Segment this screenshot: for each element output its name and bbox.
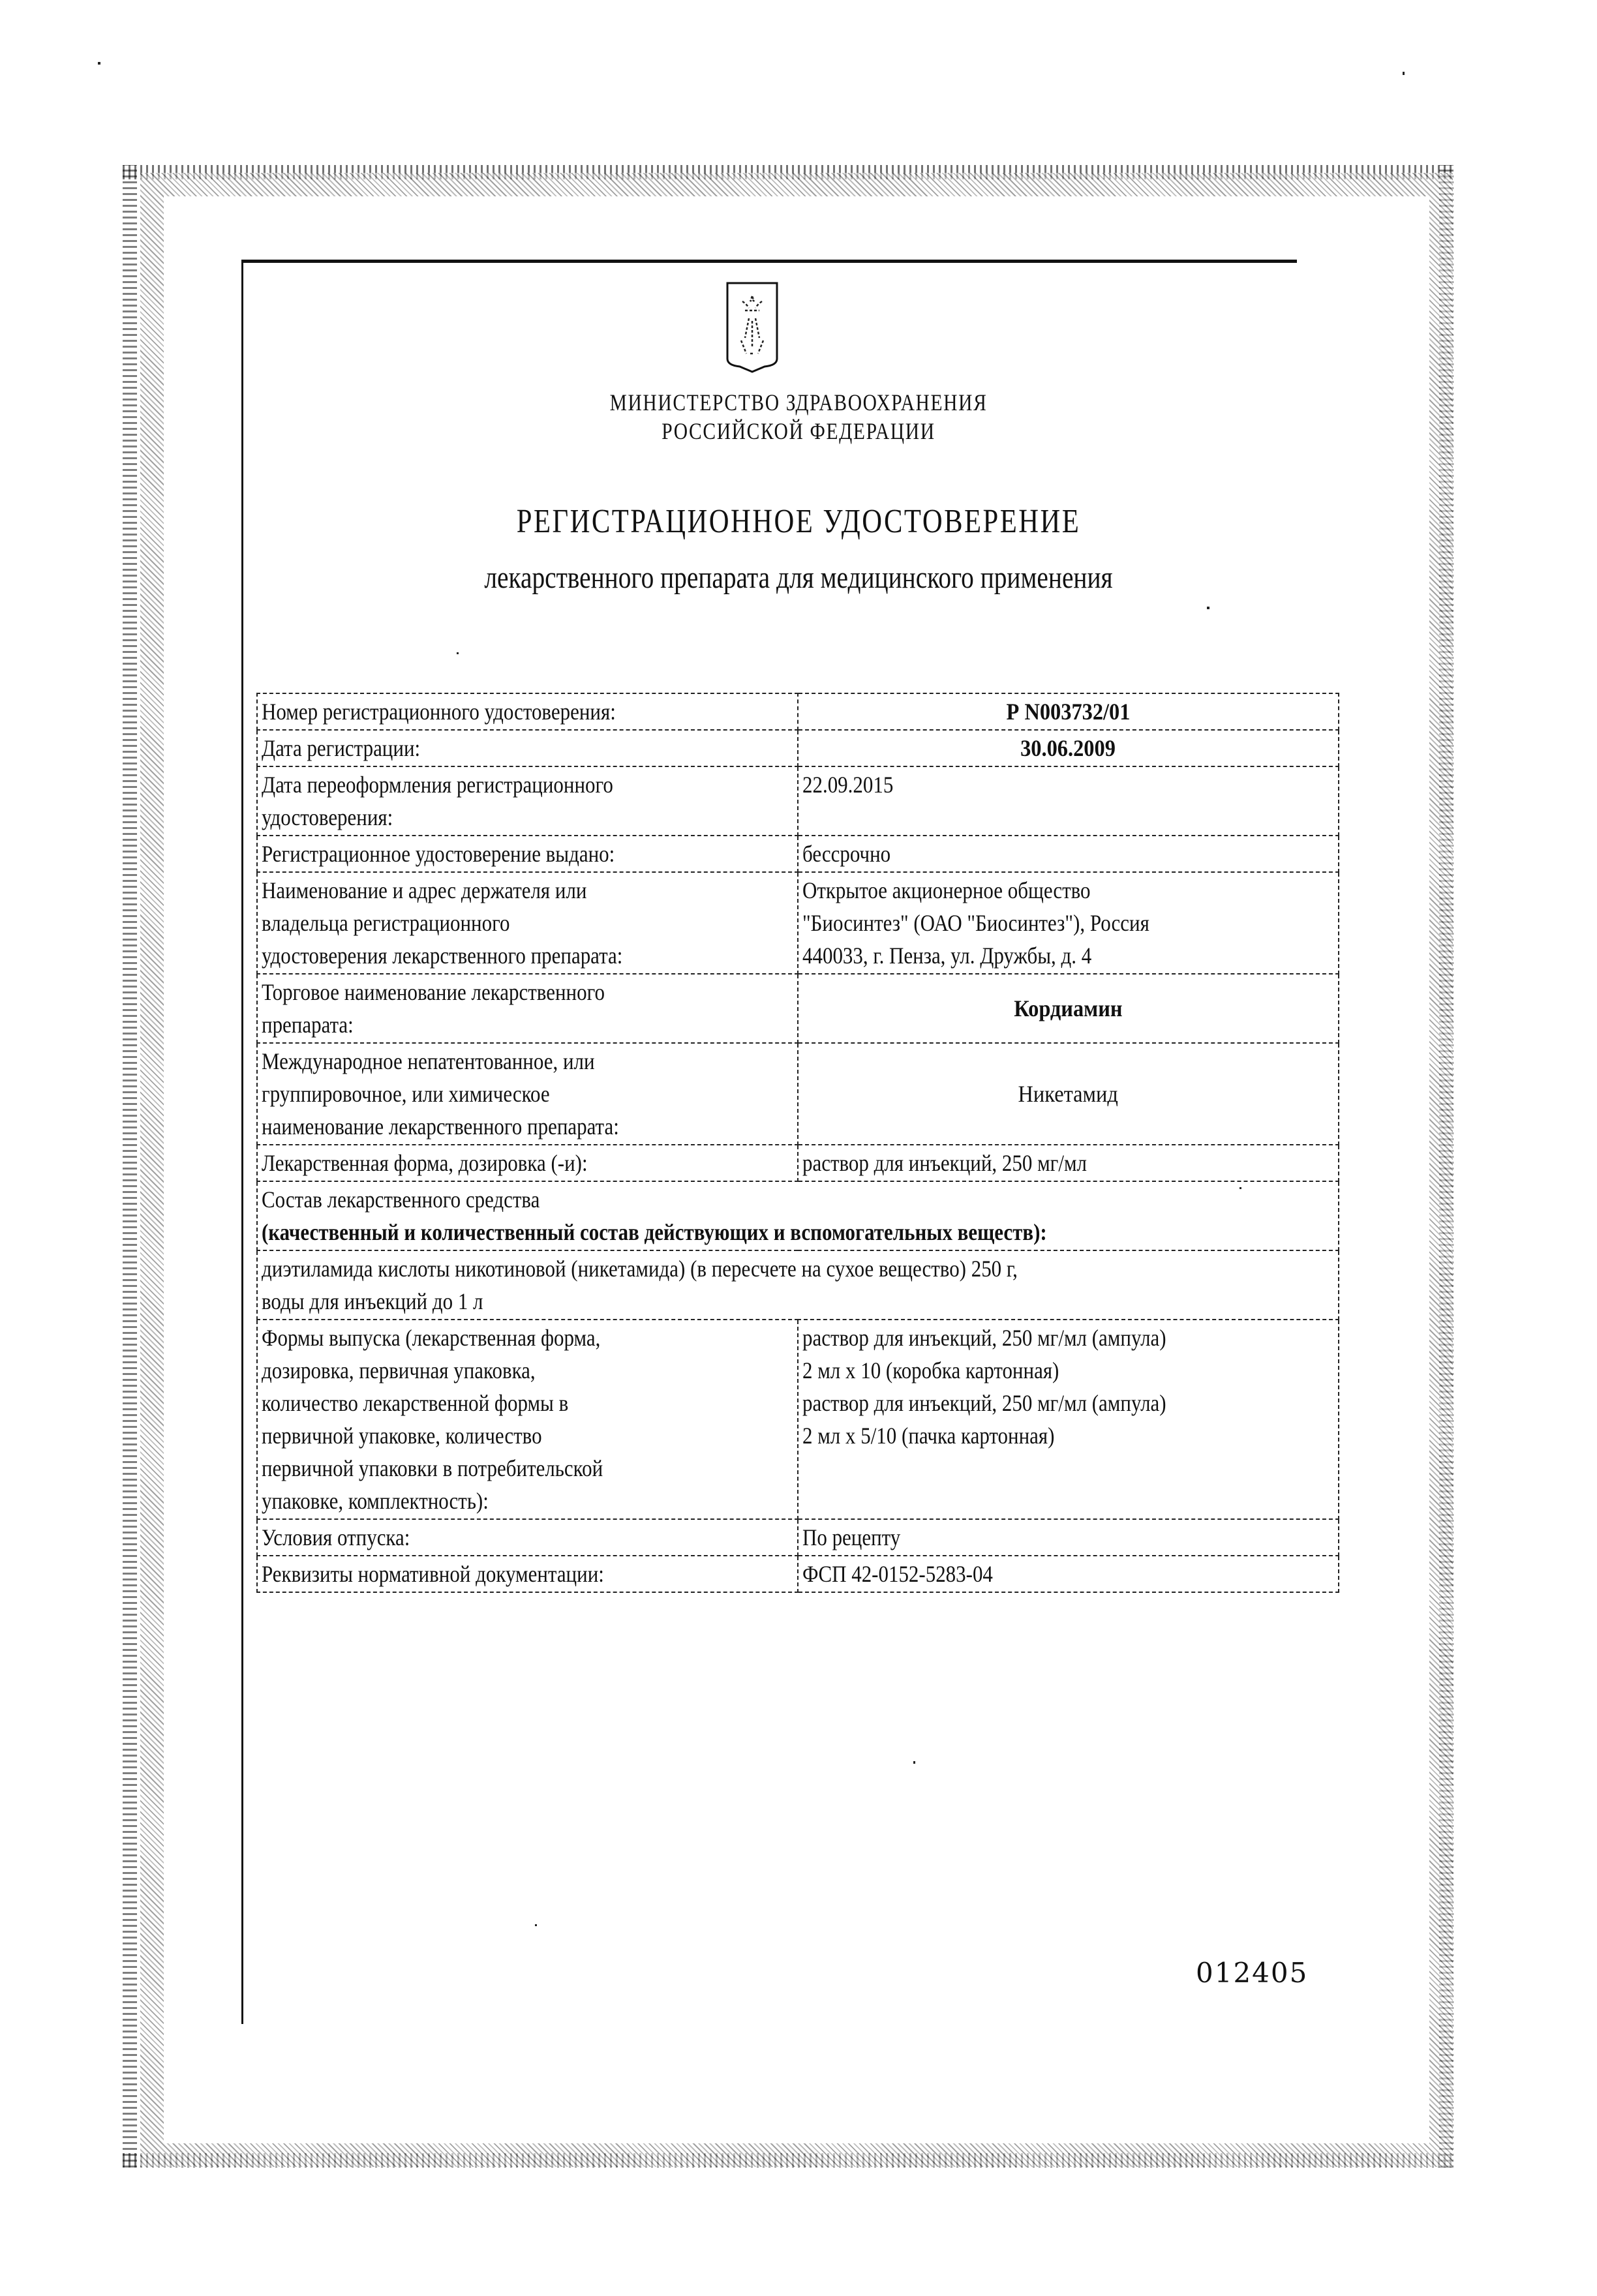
table-row-composition-value: диэтиламида кислоты никотиновой (никетам…	[257, 1250, 1339, 1320]
holder-value: Открытое акционерное общество "Биосинтез…	[798, 872, 1339, 974]
table-row-registration-date: Дата регистрации: 30.06.2009	[257, 730, 1339, 766]
release-forms-value: раствор для инъекций, 250 мг/мл (ампула)…	[798, 1320, 1339, 1519]
registration-table: Номер регистрационного удостоверения: Р …	[256, 693, 1339, 1593]
dispensing-conditions-value: По рецепту	[798, 1519, 1339, 1556]
registration-date-value: 30.06.2009	[798, 730, 1339, 766]
table-row-validity: Регистрационное удостоверение выдано: бе…	[257, 836, 1339, 872]
row-label: Торговое наименование лекарственного пре…	[257, 974, 798, 1043]
scan-speck	[1240, 1187, 1241, 1189]
table-row-dispensing-conditions: Условия отпуска: По рецепту	[257, 1519, 1339, 1556]
scan-speck	[98, 62, 100, 65]
table-row-holder: Наименование и адрес держателя или владе…	[257, 872, 1339, 974]
scan-speck	[535, 1924, 537, 1926]
ministry-line-1: МИНИСТЕРСТВО ЗДРАВООХРАНЕНИЯ	[144, 388, 1453, 417]
certificate-subtitle: лекарственного препарата для медицинског…	[144, 560, 1453, 596]
ministry-line-2: РОССИЙСКОЙ ФЕДЕРАЦИИ	[144, 417, 1453, 446]
row-label: Реквизиты нормативной документации:	[257, 1556, 798, 1592]
row-label: Условия отпуска:	[257, 1519, 798, 1556]
row-label: Формы выпуска (лекарственная форма, дози…	[257, 1320, 798, 1519]
composition-value: диэтиламида кислоты никотиновой (никетам…	[257, 1250, 1339, 1320]
normative-docs-value: ФСП 42-0152-5283-04	[798, 1556, 1339, 1592]
row-label: Дата регистрации:	[257, 730, 798, 766]
table-row-composition-header: Состав лекарственного средства (качестве…	[257, 1181, 1339, 1250]
table-row-dosage-form: Лекарственная форма, дозировка (-и): рас…	[257, 1145, 1339, 1181]
row-label: Регистрационное удостоверение выдано:	[257, 836, 798, 872]
table-row-normative-docs: Реквизиты нормативной документации: ФСП …	[257, 1556, 1339, 1592]
scan-speck	[1403, 72, 1405, 75]
table-row-release-forms: Формы выпуска (лекарственная форма, дози…	[257, 1320, 1339, 1519]
row-label: Лекарственная форма, дозировка (-и):	[257, 1145, 798, 1181]
inn-value: Никетамид	[798, 1043, 1339, 1145]
table-row-inn: Международное непатентованное, или групп…	[257, 1043, 1339, 1145]
ministry-heading: МИНИСТЕРСТВО ЗДРАВООХРАНЕНИЯ РОССИЙСКОЙ …	[144, 388, 1453, 446]
certificate-title: РЕГИСТРАЦИОННОЕ УДОСТОВЕРЕНИЕ	[144, 502, 1453, 541]
validity-value: бессрочно	[798, 836, 1339, 872]
row-label: Номер регистрационного удостоверения:	[257, 693, 798, 730]
scan-speck	[1207, 607, 1209, 609]
table-row-trade-name: Торговое наименование лекарственного пре…	[257, 974, 1339, 1043]
row-label: Международное непатентованное, или групп…	[257, 1043, 798, 1145]
table-row-reissue-date: Дата переоформления регистрационного удо…	[257, 766, 1339, 836]
table-row-registration-number: Номер регистрационного удостоверения: Р …	[257, 693, 1339, 730]
dosage-form-value: раствор для инъекций, 250 мг/мл	[798, 1145, 1339, 1181]
composition-label: Состав лекарственного средства (качестве…	[257, 1181, 1339, 1250]
reissue-date-value: 22.09.2015	[798, 766, 1339, 836]
trade-name-value: Кордиамин	[798, 974, 1339, 1043]
registration-number-value: Р N003732/01	[798, 693, 1339, 730]
scan-speck	[913, 1761, 915, 1764]
row-label: Дата переоформления регистрационного удо…	[257, 766, 798, 836]
coat-of-arms-icon	[725, 282, 779, 373]
row-label: Наименование и адрес держателя или владе…	[257, 872, 798, 974]
serial-number: 012405	[1196, 1957, 1308, 1989]
scan-speck	[457, 652, 459, 654]
